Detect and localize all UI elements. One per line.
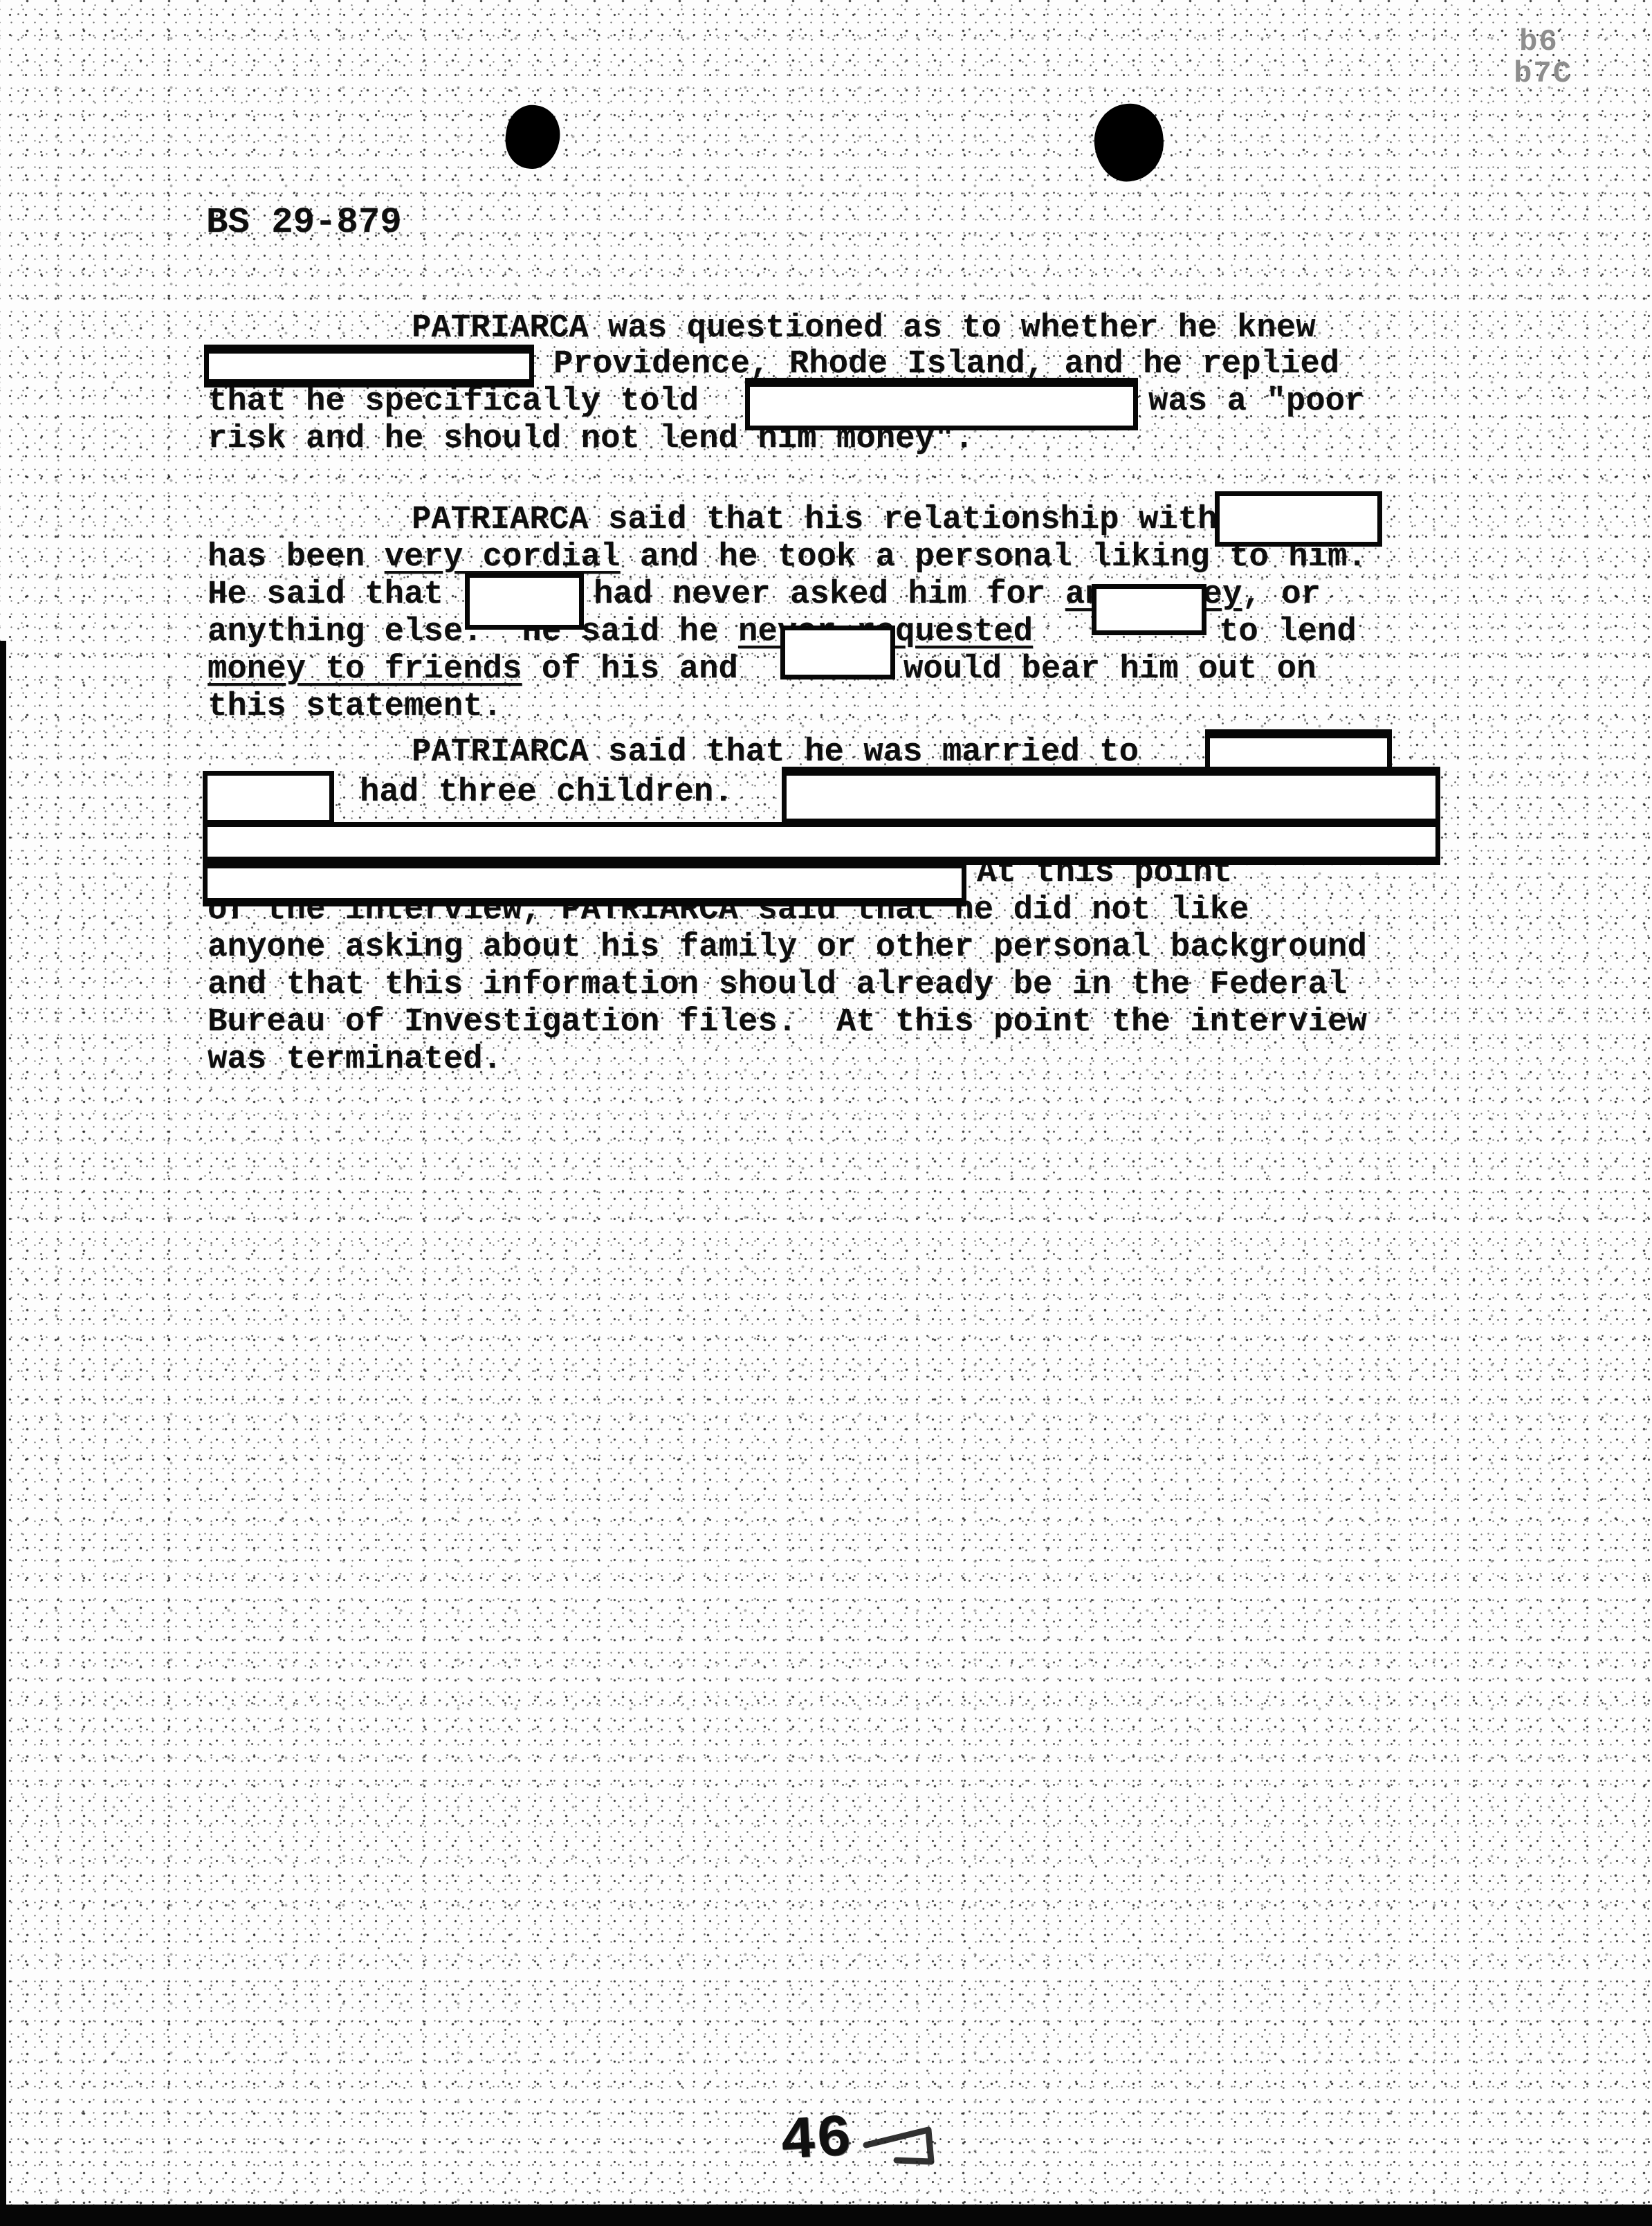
scan-edge-line-left xyxy=(0,641,6,2226)
paragraph-2-line-5-before: money to friends of his and xyxy=(208,653,738,686)
paragraph-3-line-7: Bureau of Investigation files. At this p… xyxy=(208,1006,1367,1039)
scan-edge-bar-bottom xyxy=(0,2205,1652,2226)
redaction-box xyxy=(1215,491,1382,547)
redaction-box xyxy=(204,345,534,387)
classification-code-b6: b6 xyxy=(1519,25,1559,60)
redaction-box xyxy=(203,771,334,825)
redaction-box xyxy=(782,767,1440,823)
paragraph-1-line-1: PATRIARCA was questioned as to whether h… xyxy=(412,312,1316,345)
paragraph-2-line-3-after: had never asked him for any money, or xyxy=(594,578,1321,611)
text-run: of his and xyxy=(522,651,737,688)
paragraph-3-line-8: was terminated. xyxy=(208,1043,502,1076)
paragraph-2-line-3-before: He said that xyxy=(208,578,443,611)
redaction-box xyxy=(1092,584,1206,635)
paragraph-2-line-4-before: anything else. He said he never requeste… xyxy=(208,616,1033,648)
redaction-box xyxy=(203,822,1440,865)
paragraph-3-line-5: anyone asking about his family or other … xyxy=(208,931,1367,964)
redaction-box xyxy=(780,626,895,679)
file-number: BS 29-879 xyxy=(206,205,402,241)
redaction-box xyxy=(203,864,966,906)
text-run: had never asked him for xyxy=(594,576,1065,613)
text-run: , or xyxy=(1242,576,1321,613)
page-number: 46 xyxy=(779,2104,854,2175)
paragraph-1-line-2: Providence, Rhode Island, and he replied xyxy=(553,348,1339,381)
underlined-text-run: very cordial xyxy=(385,539,621,576)
paragraph-3-line-2: had three children. xyxy=(360,776,733,809)
redaction-box xyxy=(465,573,584,630)
paragraph-2-line-4-after: to lend xyxy=(1219,616,1357,648)
paragraph-2-line-1: PATRIARCA said that his relationship wit… xyxy=(412,504,1218,536)
scanned-document-page: b6 b7C BS 29-879 PATRIARCA was questione… xyxy=(0,0,1652,2226)
paragraph-2-line-2: has been very cordial and he took a pers… xyxy=(208,541,1367,574)
paragraph-1-line-3-before: that he specifically told xyxy=(208,385,699,418)
redaction-box xyxy=(745,378,1138,430)
ink-scribble-mark xyxy=(861,2122,951,2177)
paragraph-3-line-1: PATRIARCA said that he was married to xyxy=(412,736,1139,769)
paragraph-1-line-3-after: was a "poor xyxy=(1148,385,1364,418)
text-run: has been xyxy=(208,539,385,576)
paragraph-2-line-5-after: would bear him out on xyxy=(903,653,1316,686)
classification-code-b7c: b7C xyxy=(1514,57,1572,91)
underlined-text-run: money to friends xyxy=(208,651,522,688)
paragraph-3-line-6: and that this information should already… xyxy=(208,969,1347,1001)
paragraph-2-line-6: this statement. xyxy=(208,691,502,723)
